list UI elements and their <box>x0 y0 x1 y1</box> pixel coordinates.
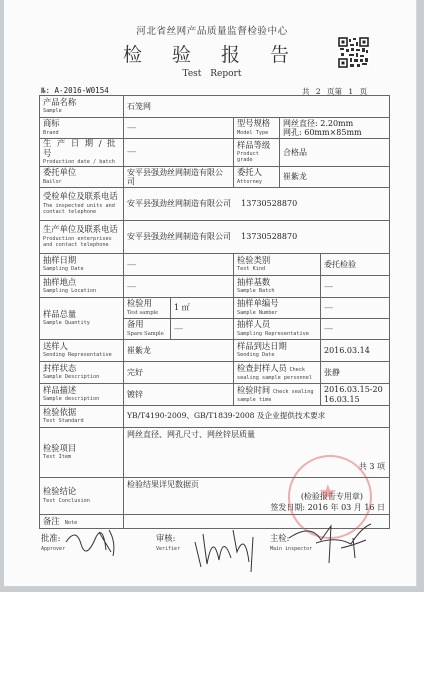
organization-name: 河北省丝网产品质量监督检验中心 <box>0 23 424 37</box>
row-sampling-location: 抽样地点Sampling Location ------ 抽样基数Sample … <box>40 276 390 298</box>
sending-rep-value: 崔紫龙 <box>124 340 234 362</box>
model-wire-diameter: 网丝直径: 2.20mm <box>283 119 386 128</box>
production-date-value: ------ <box>124 139 234 167</box>
sampling-date-value: ------ <box>124 254 234 276</box>
label-cn: 备用 <box>127 320 167 330</box>
label-en: Model Type <box>237 131 276 137</box>
label-cn: 生 产 日 期 / 批 号 <box>43 139 120 158</box>
label-cn: 样品总量 <box>43 310 120 320</box>
sample-batch-value: ------ <box>321 276 390 298</box>
sending-date-value: 2016.03.14 <box>321 340 390 362</box>
label-cn: 检验时间 <box>237 385 270 395</box>
label-en: Test sample <box>127 311 167 317</box>
grade-value: 合格品 <box>280 139 390 167</box>
label-en: Sample Quantity <box>43 321 120 327</box>
label-cn: 产品名称 <box>43 98 120 108</box>
row-inspected-unit: 受检单位及联系电话The inspected units and contact… <box>40 188 390 221</box>
inspected-unit-phone: 13730528870 <box>241 199 297 208</box>
label-en: Spare Sample <box>127 332 167 338</box>
label-en: Sampling Date <box>43 267 120 273</box>
label-cn: 检验类别 <box>237 256 317 266</box>
sampling-location-value: ------ <box>124 276 234 298</box>
label-cn: 商标 <box>43 119 120 129</box>
test-standard-value: YB/T4190-2009、GB/T1839-2008 及企业提供技术要求 <box>124 406 390 428</box>
label-cn: 送样人 <box>43 342 120 352</box>
sample-description-value: 镀锌 <box>124 384 234 406</box>
label-en: Production date / batch <box>43 160 120 166</box>
test-time-value: 2016.03.15-2016.03.15 <box>321 384 390 406</box>
production-unit-phone: 13730528870 <box>241 232 297 241</box>
test-kind-value: 委托检验 <box>321 254 390 276</box>
label-cn: 抽样基数 <box>237 278 317 288</box>
label-cn: 样品到达日期 <box>237 342 317 352</box>
label-en: The inspected units and contact telephon… <box>43 204 120 216</box>
sampling-rep-value: ------ <box>321 319 390 340</box>
label-en: Test Conclusion <box>43 499 120 505</box>
inspected-unit-value: 安平县强劲丝网制造有限公司 <box>127 199 231 208</box>
label-en: Sampling Representative <box>237 332 317 338</box>
label-en: Test Kind <box>237 267 317 273</box>
verifier-signature: 审核: Verifier <box>156 532 180 552</box>
row-sending-rep: 送样人Sending Representative 崔紫龙 样品到达日期Send… <box>40 340 390 362</box>
test-sample-value: 1 ㎡ <box>171 298 234 319</box>
report-subtitle: Test Report <box>0 69 424 79</box>
verifier-label-en: Verifier <box>156 546 180 552</box>
label-en: Sending Date <box>237 353 317 359</box>
brand-value: ------ <box>124 118 234 139</box>
label-cn: 样品描述 <box>43 386 120 396</box>
label-cn: 检验依据 <box>43 408 120 418</box>
label-cn: 型号规格 <box>237 119 276 129</box>
seam-stamp <box>412 255 422 335</box>
row-test-standard: 检验依据Test Standard YB/T4190-2009、GB/T1839… <box>40 406 390 428</box>
label-en: Test Item <box>43 455 120 461</box>
label-cn: 检验用 <box>127 299 167 309</box>
label-en: Sample <box>43 109 120 115</box>
label-en: Sample Description <box>43 375 120 381</box>
label-en: Production enterprises and contact telep… <box>43 237 120 249</box>
label-cn: 生产单位及联系电话 <box>43 225 120 235</box>
test-item-value: 网丝直径、网孔尺寸、网丝锌层质量 <box>127 430 386 439</box>
model-mesh: 网孔: 60mm×85mm <box>283 128 386 137</box>
label-en: Product grade <box>237 152 276 164</box>
label-cn: 抽样单编号 <box>237 299 317 309</box>
bailor-value: 安平县强劲丝网制造有限公司 <box>124 167 234 188</box>
sample-state-value: 完好 <box>124 362 234 384</box>
label-cn: 检查封样人员 <box>237 363 287 373</box>
row-brand: 商标Brand ------ 型号规格Model Type 网丝直径: 2.20… <box>40 118 390 139</box>
label-en: Bailor <box>43 180 120 186</box>
check-personnel-value: 张静 <box>321 362 390 384</box>
row-sample-state: 封样状态Sample Description 完好 检查封样人员 Checkse… <box>40 362 390 384</box>
label-en: sample time <box>237 398 317 404</box>
label-cn: 检验结论 <box>43 487 120 497</box>
row-sampling-date: 抽样日期Sampling Date ------ 检验类别Test Kind 委… <box>40 254 390 276</box>
label-cn: 样品等级 <box>237 141 276 151</box>
label-en: Sampling Location <box>43 289 120 295</box>
row-sample-description: 样品描述Sample description 镀锌 检验时间 Check sea… <box>40 384 390 406</box>
label-cn: 受检单位及联系电话 <box>43 192 120 202</box>
label-cn: 封样状态 <box>43 364 120 374</box>
row-bailor: 委托单位Bailor 安平县强劲丝网制造有限公司 委托人Attorney 崔紫龙 <box>40 167 390 188</box>
label-en-inline: Check sealing <box>273 389 314 395</box>
label-en: Sample Number <box>237 311 317 317</box>
label-en: Attorney <box>237 180 276 186</box>
label-en: Sample Batch <box>237 289 317 295</box>
verifier-signature-scribble <box>191 522 261 577</box>
label-cn: 检验项目 <box>43 444 120 454</box>
label-en: Sending Representative <box>43 353 120 359</box>
report-number: №: A-2016-W0154 <box>41 86 109 95</box>
label-cn: 抽样人员 <box>237 320 317 330</box>
sample-number-value: ------ <box>321 298 390 319</box>
sample-value: 石笼网 <box>124 96 390 118</box>
attorney-value: 崔紫龙 <box>280 167 390 188</box>
label-cn: 抽样地点 <box>43 278 120 288</box>
row-production-unit: 生产单位及联系电话Production enterprises and cont… <box>40 221 390 254</box>
star-icon: ★ <box>318 481 338 506</box>
label-en: Brand <box>43 131 120 137</box>
test-item-count: 共 3 项 <box>359 462 385 471</box>
verifier-label: 审核: <box>156 532 180 544</box>
label-cn: 抽样日期 <box>43 256 120 266</box>
row-sample: 产品名称Sample 石笼网 <box>40 96 390 118</box>
label-cn: 委托人 <box>237 168 276 178</box>
approver-signature-scribble <box>61 522 121 562</box>
qr-code-icon <box>338 37 369 68</box>
label-en-inline: Check <box>289 367 305 373</box>
label-en: sealing sample personnel <box>237 376 317 382</box>
signature-row: 批准: Approver 审核: Verifier 主检: Main inspe… <box>41 530 401 580</box>
label-cn: 委托单位 <box>43 168 120 178</box>
label-en: Sample description <box>43 397 120 403</box>
label-cn: 备注 <box>43 516 60 526</box>
spare-sample-value: ------ <box>171 319 234 340</box>
production-unit-value: 安平县强劲丝网制造有限公司 <box>127 232 231 241</box>
row-test-sample: 样品总量Sample Quantity 检验用Test sample 1 ㎡ 抽… <box>40 298 390 319</box>
label-en: Test Standard <box>43 419 120 425</box>
row-production-date: 生 产 日 期 / 批 号Production date / batch ---… <box>40 139 390 167</box>
inspector-signature-scribble <box>281 518 381 568</box>
